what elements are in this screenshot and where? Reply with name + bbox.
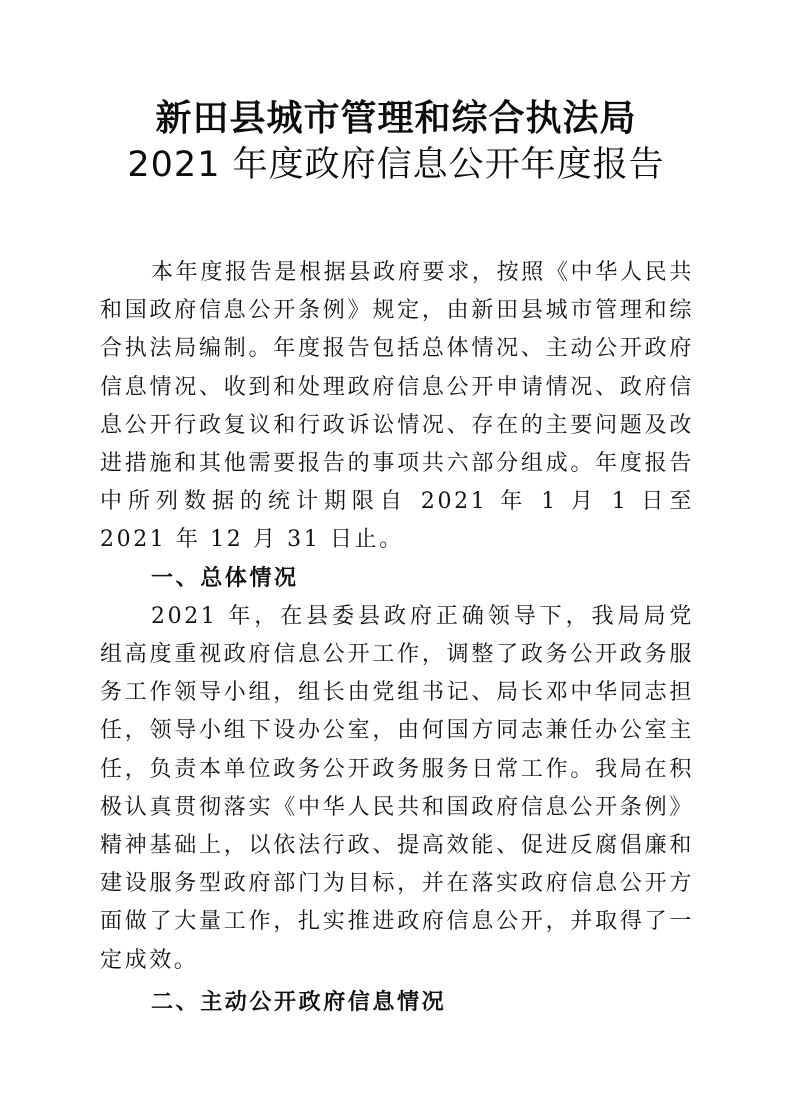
document-page: 新田县城市管理和综合执法局 2021 年度政府信息公开年度报告 本年度报告是根据…	[0, 0, 792, 1118]
document-body: 本年度报告是根据县政府要求，按照《中华人民共和国政府信息公开条例》规定，由新田县…	[100, 254, 694, 1022]
section-heading-proactive-disclosure: 二、主动公开政府信息情况	[100, 984, 694, 1022]
overview-paragraph: 2021 年，在县委县政府正确领导下，我局局党组高度重视政府信息公开工作，调整了…	[100, 598, 694, 980]
document-title-organization: 新田县城市管理和综合执法局	[0, 96, 792, 140]
document-title-report: 2021 年度政府信息公开年度报告	[0, 142, 792, 188]
section-heading-overview: 一、总体情况	[100, 560, 694, 598]
intro-paragraph: 本年度报告是根据县政府要求，按照《中华人民共和国政府信息公开条例》规定，由新田县…	[100, 254, 694, 560]
